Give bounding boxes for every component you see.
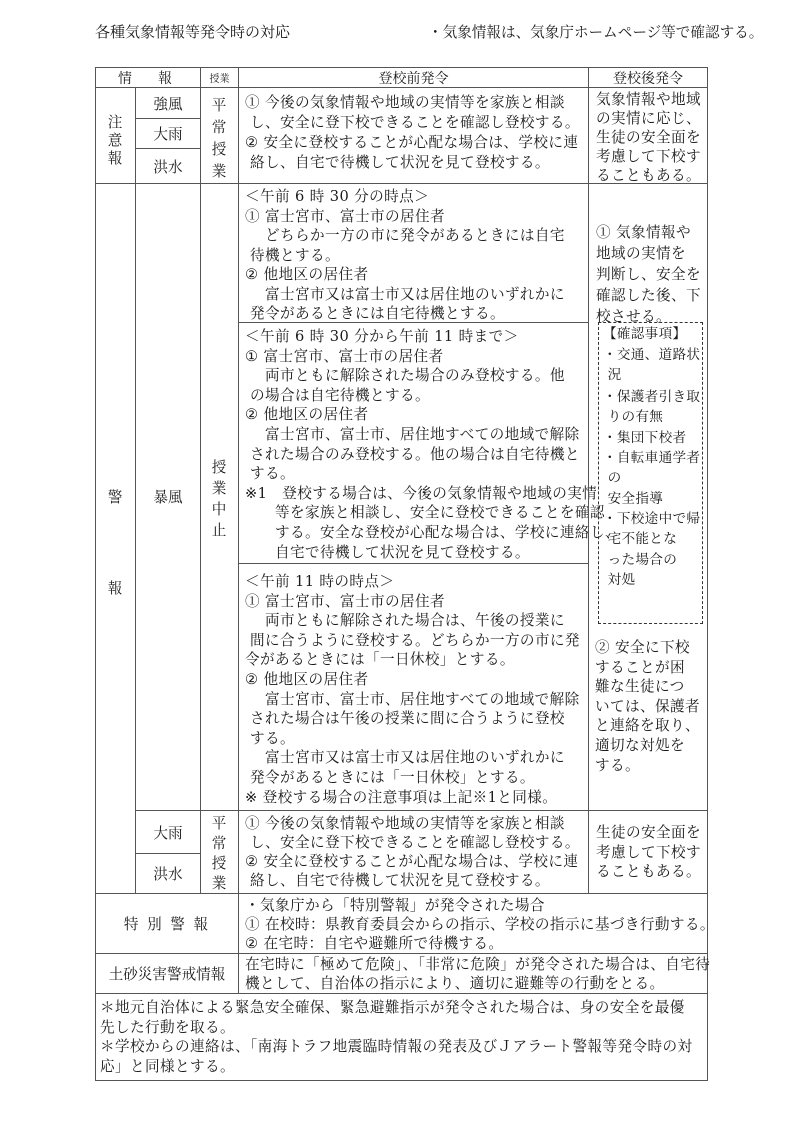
check-item: ・交通、道路状 況 — [603, 345, 700, 386]
warning-type-heavy-rain: 大雨 — [135, 810, 201, 854]
advisory-type-heavy-rain: 大雨 — [135, 118, 201, 149]
landslide-label-cell: 土砂災害警戒情報 — [95, 953, 239, 994]
note-item: ＊地元自治体による緊急安全確保、緊急避難指示が発令された場合は、身の安全を最優 … — [100, 998, 685, 1037]
storm-class-char: 止 — [209, 519, 229, 540]
rain-flood-class-char: 業 — [209, 872, 229, 893]
document-title: 各種気象情報等発令時の対応 — [95, 21, 290, 42]
rain-flood-class-char: 常 — [209, 832, 229, 853]
check-items-box: 【確認事項】 ・交通、道路状 況 ・保護者引き取 りの有無 ・集団下校者 ・自転… — [598, 322, 703, 624]
advisory-class-char: 平 — [209, 94, 229, 115]
special-warning-text: ・気象庁から「特別警報」が発令された場合 ① 在校時：県教育委員会からの指示、学… — [245, 896, 715, 953]
rain-flood-after-text: 生徒の安全面を 考慮して下校す ることもある。 — [596, 823, 701, 882]
special-warning-text-cell: ・気象庁から「特別警報」が発令された場合 ① 在校時：県教育委員会からの指示、学… — [238, 893, 708, 954]
advisory-type-flood: 洪水 — [135, 148, 201, 184]
advisory-type-strong-wind: 強風 — [135, 87, 201, 119]
rain-flood-after-cell: 生徒の安全面を 考慮して下校す ることもある。 — [588, 810, 708, 894]
rain-flood-before-text: ① 今後の気象情報や地域の実情等を家族と相談 し、安全に登下校できることを確認し… — [245, 814, 580, 890]
advisory-after-cell: 気象情報や地域 の実情に応じ、 生徒の安全面を 考慮して下校す ることもある。 — [588, 87, 708, 184]
warning-label-top: 警 — [105, 486, 125, 507]
notes-cell: ＊地元自治体による緊急安全確保、緊急避難指示が発令された場合は、身の安全を最優 … — [95, 993, 708, 1081]
storm-after-text-1: ① 気象情報や 地域の実情を 判断し、安全を 確認した後、下 校させる。 — [596, 222, 701, 327]
advisory-before-cell: ① 今後の気象情報や地域の実情等を家族と相談 し、安全に登下校できることを確認し… — [238, 87, 589, 184]
warning-label-cell — [95, 183, 136, 894]
advisory-class-char: 常 — [209, 116, 229, 137]
storm-block-0630: ＜午前 6 時 30 分の時点＞ ① 富士宮市、富士市の居住者 どちらか一方の市… — [238, 183, 589, 323]
special-warning-label: 特 別 警 報 — [124, 913, 210, 934]
advisory-after-text: 気象情報や地域 の実情に応じ、 生徒の安全面を 考慮して下校す ることもある。 — [596, 90, 701, 185]
header-class-label: 授業 — [210, 70, 230, 85]
landslide-text: 在宅時に「極めて危険」、「非常に危険」が発令された場合は、自宅待 機として、自治… — [245, 955, 710, 993]
rain-flood-class-char: 平 — [209, 812, 229, 833]
header-class: 授業 — [200, 67, 239, 88]
storm-class-char: 授 — [209, 456, 229, 477]
header-info-label: 情 報 — [118, 68, 178, 88]
header-before-label: 登校前発令 — [379, 68, 449, 88]
advisory-class-char: 授 — [209, 138, 229, 159]
check-item: ・集団下校者 — [603, 428, 686, 448]
type-label: 大雨 — [153, 123, 182, 144]
storm-class-char: 中 — [209, 498, 229, 519]
note-item: ＊学校からの連絡は、「南海トラフ地震臨時情報の発表及びＪアラート警報等発令時の対… — [100, 1037, 692, 1076]
header-info: 情 報 — [95, 67, 201, 88]
header-after: 登校後発令 — [588, 67, 708, 88]
advisory-label-char: 報 — [105, 147, 125, 168]
warning-label-bottom: 報 — [105, 577, 125, 598]
type-label: 強風 — [153, 93, 182, 114]
special-warning-label-cell: 特 別 警 報 — [95, 893, 239, 954]
advisory-before-text: ① 今後の気象情報や地域の実情等を家族と相談 し、安全に登下校できることを確認し… — [245, 93, 580, 173]
storm-block-text: ＜午前 6 時 30 分の時点＞ ① 富士宮市、富士市の居住者 どちらか一方の市… — [245, 187, 565, 324]
document-note: ・気象情報は、気象庁ホームページ等で確認する。 — [428, 21, 763, 42]
check-item: ・自転車通学者 の 安全指導 — [603, 448, 700, 509]
landslide-label: 土砂災害警戒情報 — [109, 963, 226, 984]
storm-type-label: 暴風 — [135, 486, 201, 507]
type-label: 洪水 — [153, 863, 182, 884]
check-item: ・保護者引き取 りの有無 — [603, 387, 700, 428]
advisory-class-char: 業 — [209, 160, 229, 181]
rain-flood-class-char: 授 — [209, 852, 229, 873]
storm-block-text: ＜午前 6 時 30 分から午前 11 時まで＞ ① 富士宮市、富士市の居住者 … — [245, 327, 620, 562]
header-before: 登校前発令 — [238, 67, 589, 88]
rain-flood-before-cell: ① 今後の気象情報や地域の実情等を家族と相談 し、安全に登下校できることを確認し… — [238, 810, 589, 894]
type-label: 大雨 — [153, 822, 182, 843]
storm-class-char: 業 — [209, 477, 229, 498]
storm-after-text-2: ② 安全に下校 することが困 難な生徒につ いては、保護者 と連絡を取り、 適切… — [595, 638, 700, 775]
type-label: 洪水 — [153, 156, 182, 177]
check-items-title: 【確認事項】 — [603, 324, 686, 344]
warning-type-flood: 洪水 — [135, 853, 201, 894]
storm-block-text: ＜午前 11 時の時点＞ ① 富士宮市、富士市の居住者 両市ともに解除された場合… — [245, 572, 580, 807]
check-item: ・下校途中で帰 宅不能とな った場合の 対処 — [603, 509, 700, 591]
landslide-text-cell: 在宅時に「極めて危険」、「非常に危険」が発令された場合は、自宅待 機として、自治… — [238, 953, 708, 994]
storm-block-1100: ＜午前 11 時の時点＞ ① 富士宮市、富士市の居住者 両市ともに解除された場合… — [238, 563, 589, 811]
header-after-label: 登校後発令 — [613, 68, 683, 88]
storm-block-0630-1100: ＜午前 6 時 30 分から午前 11 時まで＞ ① 富士宮市、富士市の居住者 … — [238, 322, 589, 564]
